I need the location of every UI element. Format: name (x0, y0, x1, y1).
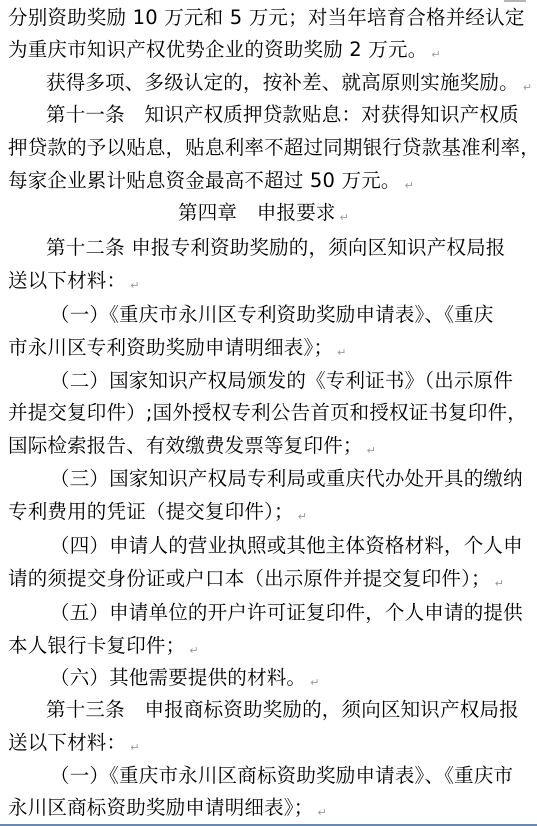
text-line: 专利费用的凭证（提交复印件）；↵ (8, 496, 307, 528)
chapter-4-heading: 第四章 申报要求↵ (178, 197, 349, 229)
text-line: 送以下材料：↵ (8, 727, 140, 759)
text-line: 市永川区专利资助奖励申请明细表》；↵ (8, 332, 347, 364)
text-line: 获得多项、多级认定的，按补差、就高原则实施奖励。↵ (46, 67, 532, 99)
paragraph-mark-icon: ↵ (405, 179, 414, 192)
paragraph-mark-icon: ↵ (310, 676, 319, 689)
paragraph-mark-icon: ↵ (523, 81, 532, 94)
paragraph-mark-icon: ↵ (189, 644, 198, 657)
paragraph-mark-icon: ↵ (317, 806, 326, 819)
article-13-heading: 第十三条 申报商标资助奖励的，须向区知识产权局报 (46, 694, 523, 726)
text-line: 永川区商标资助奖励申请明细表》；↵ (8, 792, 327, 824)
list-item: （一）《重庆市永川区商标资助奖励申请表》、《重庆市 (50, 760, 517, 792)
paragraph-mark-icon: ↵ (130, 279, 139, 292)
article-12-heading: 第十二条 申报专利资助奖励的，须向区知识产权局报 (46, 232, 510, 264)
paragraph-mark-icon: ↵ (495, 577, 504, 590)
text-line: 请的须提交身份证或户口本（出示原件并提交复印件）；↵ (8, 563, 504, 595)
list-item: （二）国家知识产权局颁发的《专利证书》（出示原件 (50, 365, 517, 397)
list-item: （六）其他需要提供的材料。↵ (50, 662, 320, 694)
paragraph-mark-icon: ↵ (130, 741, 139, 754)
paragraph-mark-icon: ↵ (431, 48, 440, 61)
article-11-heading: 第十一条 知识产权质押贷款贴息：对获得知识产权质 (46, 99, 523, 131)
text-line: 分别资助奖励 10 万元和 5 万元；对当年培育合格并经认定 (8, 2, 529, 34)
paragraph-mark-icon: ↵ (340, 211, 349, 224)
text-line: 为重庆市知识产权优势企业的资助奖励 2 万元。↵ (8, 34, 441, 66)
list-item: （三）国家知识产权局专利局或重庆代办处开具的缴纳 (50, 463, 527, 495)
paragraph-mark-icon: ↵ (337, 346, 346, 359)
list-item: （四）申请人的营业执照或其他主体资格材料，个人申 (50, 530, 527, 562)
text-line: 本人银行卡复印件；↵ (8, 630, 199, 662)
text-line: 每家企业累计贴息资金最高不超过 50 万元。↵ (8, 165, 414, 197)
text-line: 国际检索报告、有效缴费发票等复印件；↵ (8, 430, 376, 462)
list-item: （一）《重庆市永川区专利资助奖励申请表》、《重庆 (50, 299, 498, 331)
text-line: 送以下材料：↵ (8, 265, 140, 297)
text-line: 并提交复印件）;国外授权专利公告首页和授权证书复印件， (8, 397, 531, 429)
text-line: 押贷款的予以贴息，贴息利率不超过同期银行贷款基准利率， (8, 132, 537, 164)
list-item: （五）申请单位的开户许可证复印件，个人申请的提供 (50, 597, 527, 629)
paragraph-mark-icon: ↵ (367, 444, 376, 457)
paragraph-mark-icon: ↵ (298, 510, 307, 523)
